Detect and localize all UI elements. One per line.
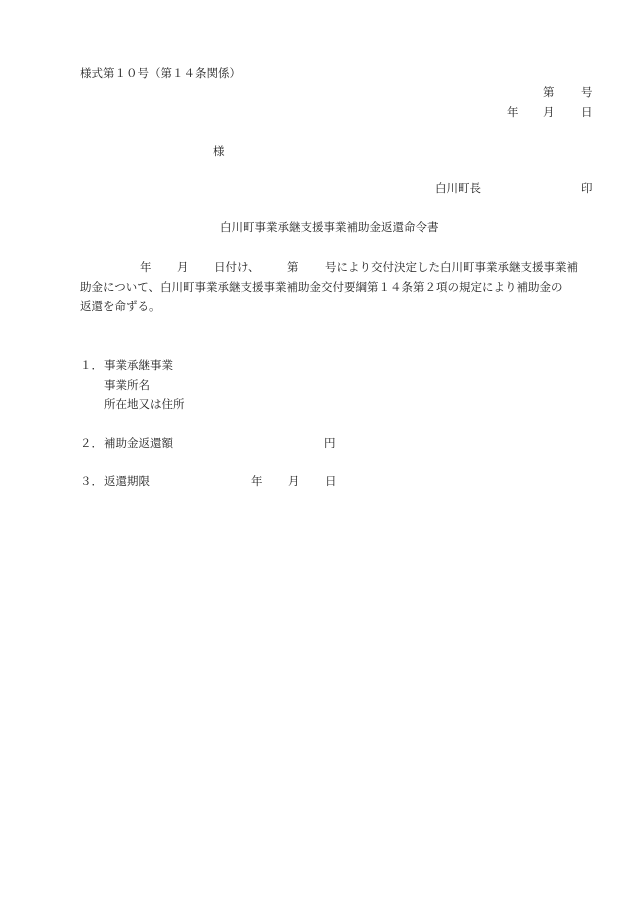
item-2-number: ２．: [80, 436, 103, 450]
item-1-sub-address: 所在地又は住所: [104, 397, 185, 411]
item-3-label: 返還期限: [104, 474, 150, 488]
body-day-suffix: 日付け、: [214, 260, 260, 274]
sender-seal: 印: [581, 181, 593, 195]
item-2-label: 補助金返還額: [104, 436, 173, 450]
date-month: 月: [543, 105, 555, 119]
date-year: 年: [507, 105, 519, 119]
ref-dai: 第: [543, 85, 555, 99]
item-1-number: １．: [80, 358, 103, 372]
sender-title: 白川町長: [435, 181, 481, 195]
body-year: 年: [140, 260, 152, 274]
item-3-number: ３．: [80, 474, 103, 488]
ref-go: 号: [581, 85, 593, 99]
item-3-day: 日: [325, 474, 337, 488]
body-line1-rest: 号により交付決定した白川町事業承継支援事業補: [325, 260, 578, 274]
body-line2: 助金について、白川町事業承継支援事業補助金交付要綱第１４条第２項の規定により補助…: [80, 280, 563, 294]
document-title: 白川町事業承継支援事業補助金返還命令書: [220, 220, 439, 234]
addressee-suffix: 様: [213, 144, 225, 158]
item-3-month: 月: [288, 474, 300, 488]
body-month: 月: [177, 260, 189, 274]
item-2-unit: 円: [324, 436, 336, 450]
body-dai: 第: [287, 260, 299, 274]
item-3-year: 年: [251, 474, 263, 488]
form-number: 様式第１０号（第１４条関係）: [80, 66, 241, 80]
date-day: 日: [581, 105, 593, 119]
item-1-sub-business-name: 事業所名: [104, 378, 150, 392]
body-line3: 返還を命ずる。: [80, 299, 161, 313]
item-1-label: 事業承継事業: [104, 358, 173, 372]
